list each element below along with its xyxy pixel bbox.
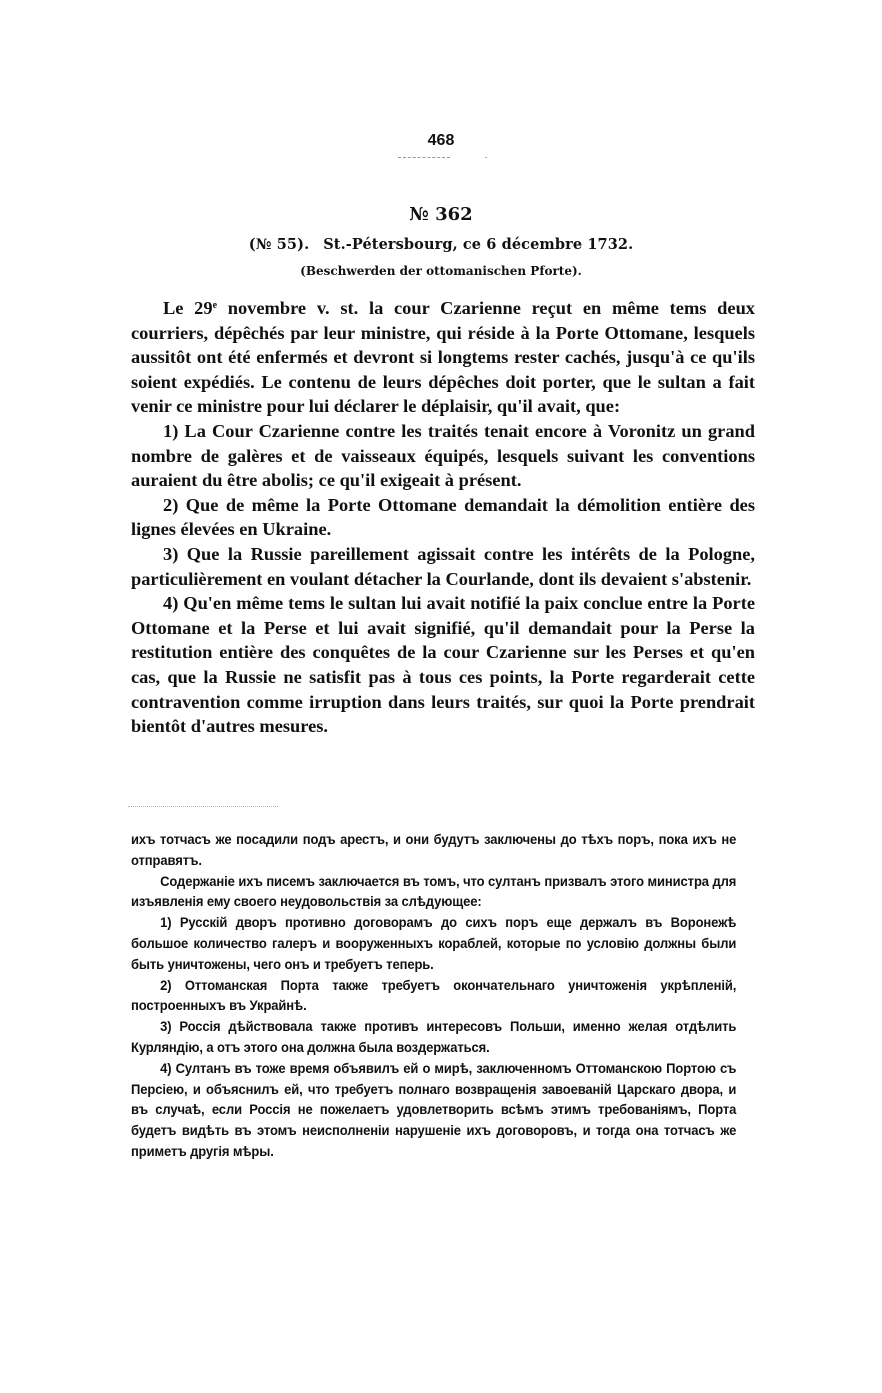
french-point-3: 3) Que la Russie pareillement agissait c… <box>131 542 755 591</box>
intro-rest: novembre v. st. la cour Czarienne reçut … <box>131 298 755 416</box>
document-number: № 362 <box>0 204 882 225</box>
russian-point-3: 3) Россія дѣйствовала также противъ инте… <box>131 1017 736 1059</box>
french-point-1: 1) La Cour Czarienne contre les traités … <box>131 419 755 493</box>
french-point-2: 2) Que de même la Porte Ottomane demanda… <box>131 493 755 542</box>
russian-point-1: 1) Русскій дворъ противно договорамъ до … <box>131 913 736 975</box>
header-rule-dot <box>485 157 487 158</box>
page-number: 468 <box>0 132 882 150</box>
russian-intro-paragraph: Содержаніе ихъ писемъ заключается въ том… <box>131 872 736 914</box>
russian-continuation: ихъ тотчасъ же посадили подъ арестъ, и о… <box>131 830 736 872</box>
header-rule <box>398 157 450 159</box>
french-intro-paragraph: Le 29e novembre v. st. la cour Czarienne… <box>131 294 755 419</box>
french-text-block: Le 29e novembre v. st. la cour Czarienne… <box>131 294 755 739</box>
footnote-separator <box>128 806 278 808</box>
document-subtitle: (Beschwerden der ottomanischen Pforte). <box>0 264 882 278</box>
document-place-date: (№ 55).St.-Pétersbourg, ce 6 décembre 17… <box>0 236 882 253</box>
document-reference: (№ 55). <box>249 236 309 253</box>
french-point-4: 4) Qu'en même tems le sultan lui avait n… <box>131 591 755 739</box>
place-date: St.-Pétersbourg, ce 6 décembre 1732. <box>323 236 633 253</box>
russian-point-4: 4) Султанъ въ тоже время объявилъ ей о м… <box>131 1059 736 1163</box>
russian-point-2: 2) Оттоманская Порта также требуетъ окон… <box>131 976 736 1018</box>
russian-translation-block: ихъ тотчасъ же посадили подъ арестъ, и о… <box>131 830 736 1163</box>
intro-lead: Le 29 <box>163 298 213 318</box>
